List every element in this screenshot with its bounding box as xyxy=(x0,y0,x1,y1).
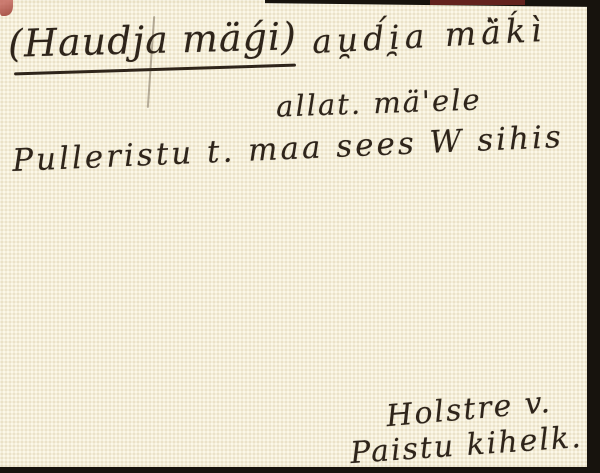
scan-edge-red-tint xyxy=(430,0,525,5)
place-name-headword: (Haudja mäǵi) xyxy=(7,14,297,66)
phonetic-transcription: au̯d́i̯a mä̀ḱì xyxy=(311,10,547,61)
scanned-index-card: (Haudja mäǵi) au̯d́i̯a mä̀ḱì allat. mä'e… xyxy=(0,0,600,473)
headword-underline xyxy=(14,64,296,76)
scan-edge-right xyxy=(587,0,600,473)
location-note: Pulleristu t. maa sees W sihis xyxy=(11,119,564,179)
corner-red-mark xyxy=(0,0,13,16)
allative-case-form: allat. mä'ele xyxy=(275,82,482,123)
region-parish: Paistu kihelk. xyxy=(349,420,584,471)
scan-edge-bottom xyxy=(0,467,600,473)
